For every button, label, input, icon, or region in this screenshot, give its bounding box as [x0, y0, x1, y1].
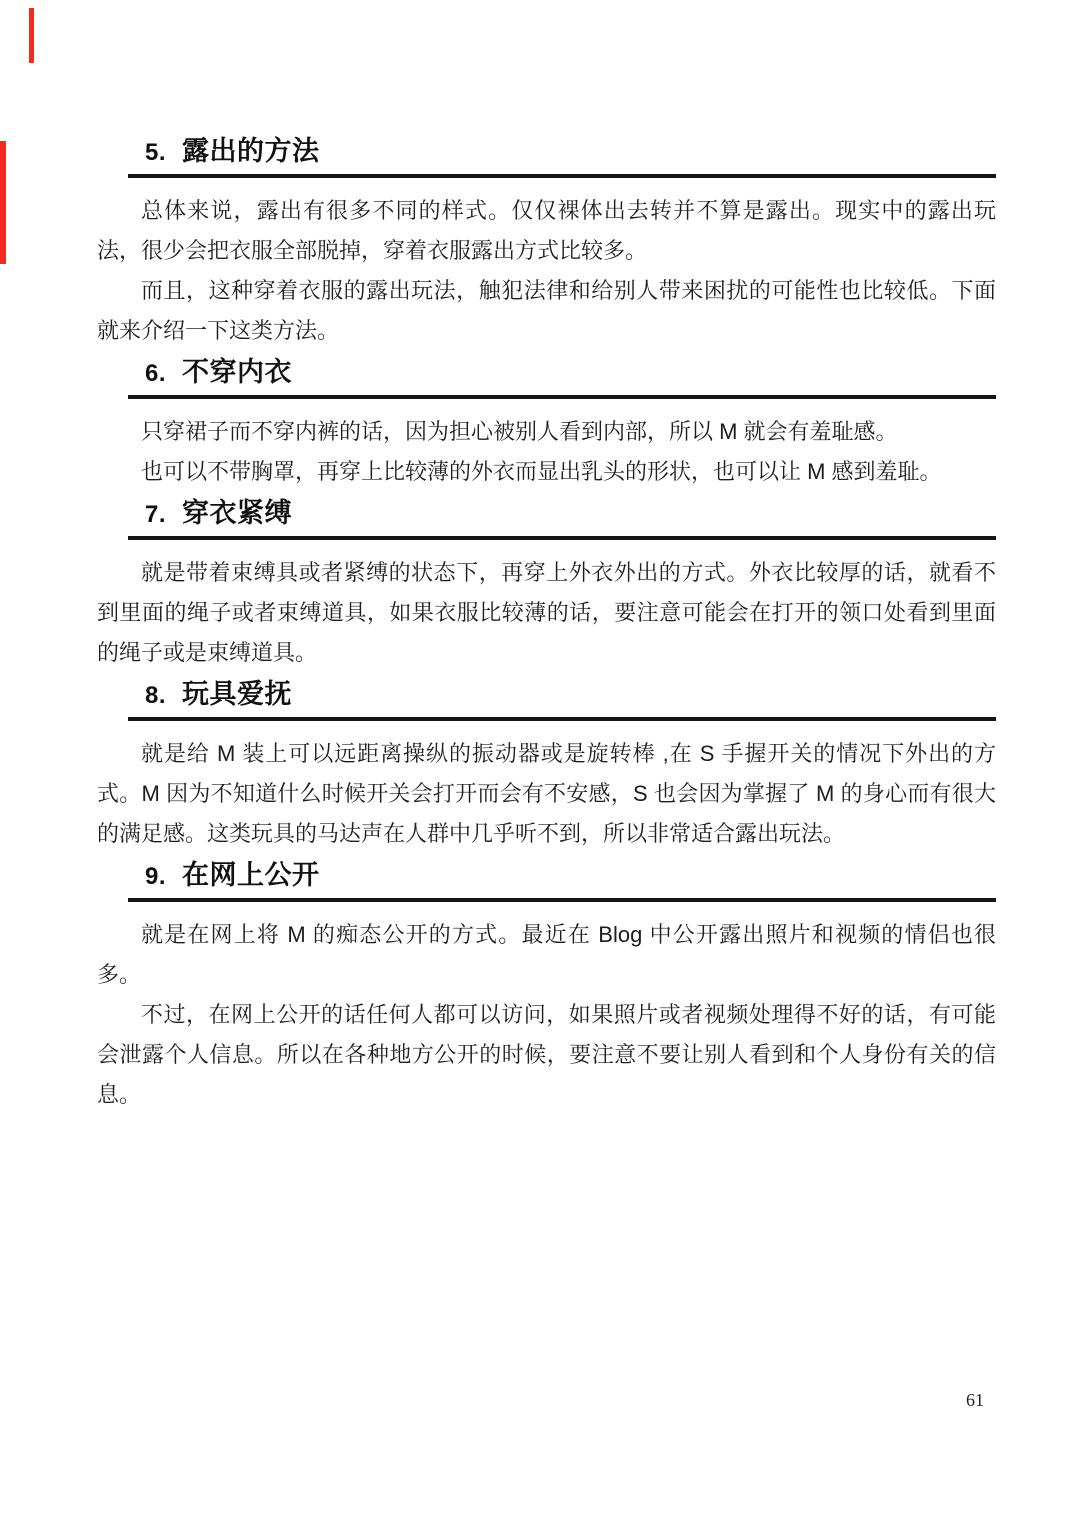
paragraph: 不过，在网上公开的话任何人都可以访问，如果照片或者视频处理得不好的话，有可能会泄…: [97, 995, 996, 1115]
section-number: 8.: [145, 682, 166, 709]
section-title: 不穿内衣: [182, 357, 292, 387]
paragraph: 也可以不带胸罩，再穿上比较薄的外衣而显出乳头的形状，也可以让 M 感到羞耻。: [97, 452, 996, 492]
section-number: 7.: [145, 501, 166, 528]
section-heading-8: 8.玩具爱抚: [128, 681, 996, 721]
section-heading-9: 9.在网上公开: [128, 862, 996, 902]
section-heading-6: 6.不穿内衣: [128, 359, 996, 399]
paragraph: 总体来说，露出有很多不同的样式。仅仅裸体出去转并不算是露出。现实中的露出玩法，很…: [97, 191, 996, 271]
red-scan-artifact-top: [29, 8, 34, 63]
section-number: 5.: [145, 139, 166, 166]
page-number: 61: [966, 1390, 984, 1411]
paragraph: 就是带着束缚具或者紧缚的状态下，再穿上外衣外出的方式。外衣比较厚的话，就看不到里…: [97, 553, 996, 673]
paragraph: 就是在网上将 M 的痴态公开的方式。最近在 Blog 中公开露出照片和视频的情侣…: [97, 915, 996, 995]
document-page: 5.露出的方法 总体来说，露出有很多不同的样式。仅仅裸体出去转并不算是露出。现实…: [0, 0, 1080, 1527]
section-title: 露出的方法: [182, 136, 320, 166]
section-number: 9.: [145, 863, 166, 890]
page-content: 5.露出的方法 总体来说，露出有很多不同的样式。仅仅裸体出去转并不算是露出。现实…: [97, 138, 996, 1115]
paragraph: 就是给 M 装上可以远距离操纵的振动器或是旋转棒 ,在 S 手握开关的情况下外出…: [97, 734, 996, 854]
paragraph: 只穿裙子而不穿内裤的话，因为担心被别人看到内部，所以 M 就会有羞耻感。: [97, 412, 996, 452]
red-scan-artifact-left: [0, 141, 6, 264]
section-title: 穿衣紧缚: [182, 498, 292, 528]
section-number: 6.: [145, 360, 166, 387]
section-title: 在网上公开: [182, 860, 320, 890]
section-heading-7: 7.穿衣紧缚: [128, 500, 996, 540]
paragraph: 而且，这种穿着衣服的露出玩法，触犯法律和给别人带来困扰的可能性也比较低。下面就来…: [97, 271, 996, 351]
section-heading-5: 5.露出的方法: [128, 138, 996, 178]
section-title: 玩具爱抚: [182, 679, 292, 709]
